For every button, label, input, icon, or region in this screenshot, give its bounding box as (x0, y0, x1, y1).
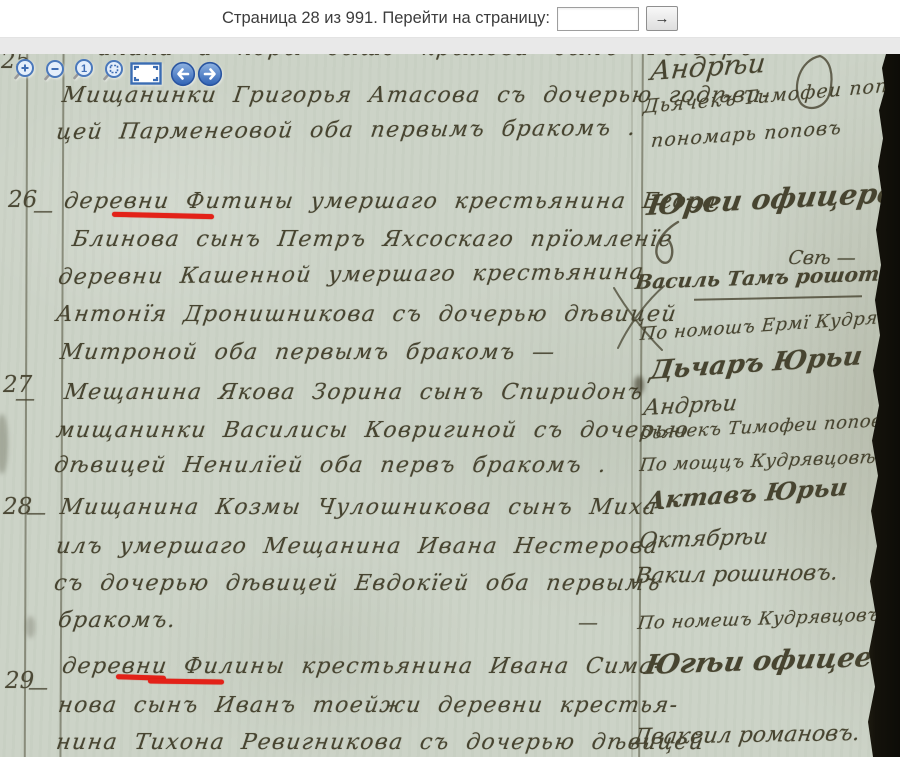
signature-line: Дьчаръ Юрьи (648, 341, 864, 386)
signature-line: Октябрѣи (637, 525, 769, 554)
full-view-icon[interactable] (130, 62, 162, 85)
goto-page-button[interactable]: → (646, 6, 678, 31)
ink-smudge (26, 616, 35, 638)
signature-line: Юреи офицеровъ (645, 174, 900, 222)
manuscript-line: Митроной оба первымъ бракомъ — (58, 340, 557, 365)
pagination-bar: Страница 28 из 991. Перейти на страницу:… (0, 0, 900, 38)
next-page-icon[interactable] (197, 61, 223, 87)
red-underline-filiny (148, 678, 224, 684)
zoom-fit-icon[interactable] (102, 58, 128, 84)
manuscript-line: Блинова сынъ Петръ Яхсоскаго прïомленïе (70, 227, 674, 252)
manuscript-line: деревни Кашенной умершаго крестьянина (57, 260, 646, 290)
signature-line: Андрѣи (649, 54, 767, 87)
manuscript-line: цей Парменеовой оба первымъ бракомъ . (55, 116, 638, 145)
manuscript-line: мищанинки Василисы Ковригиной съ дочерью (54, 418, 691, 443)
margin-line-2 (59, 54, 64, 757)
signature-line: Актавъ Юрьи (644, 472, 850, 515)
zoom-reset-icon[interactable]: 1 (72, 57, 98, 83)
manuscript-line: дѣвицей Ненилïей оба первъ бракомъ . (52, 453, 608, 478)
signature-line: Андрѣи (642, 391, 739, 421)
record-dash: — (15, 386, 35, 410)
manuscript-line: съ дочерью дѣвицей Евдокïей оба первымъ (52, 571, 662, 596)
topbar-gray-strip (0, 38, 900, 54)
manuscript-scan[interactable]: 25 26 — 27 — 28 — 29 — — анина а норы сы… (0, 54, 900, 757)
ink-underline-flourish (694, 295, 862, 301)
signature-line: Двакеил романовъ. (631, 721, 861, 750)
signature-line: Югѣи офицеете (642, 641, 900, 681)
red-underline-fitiny (112, 212, 214, 219)
record-dash: — (33, 198, 53, 222)
manuscript-line: бракомъ. (56, 608, 178, 633)
column-crease (631, 54, 633, 757)
signature-line: пономарь поповъ (650, 117, 843, 152)
manuscript-line: нова сынъ Иванъ тоейжи деревни крестья- (56, 693, 680, 718)
ink-smudge (0, 414, 8, 474)
signature-line: По номошъ Ермï Кудрявцовъ (639, 303, 900, 345)
svg-text:1: 1 (81, 63, 87, 75)
record-dash: — (578, 610, 598, 634)
column-separator-line (638, 54, 643, 757)
zoom-in-icon[interactable] (13, 57, 39, 83)
signature-line: Вакил рошиновъ. (633, 560, 839, 589)
signature-line: По номешъ Кудрявцовъ (636, 605, 881, 634)
ink-flourish-cross (612, 282, 670, 354)
previous-page-icon[interactable] (170, 61, 196, 87)
record-dash: — (28, 675, 48, 699)
manuscript-line: илъ умершаго Мещанина Ивана Нестерова (54, 534, 660, 559)
manuscript-line: Мищанина Козмы Чулошникова сынъ Миха- (58, 495, 668, 520)
manuscript-line: Антонïя Дронишникова съ дочерью дѣвицей (54, 302, 678, 327)
manuscript-line: Мещанина Якова Зорина сынъ Спиридонъ (62, 380, 645, 405)
page-viewer-app: Страница 28 из 991. Перейти на страницу:… (0, 0, 900, 757)
goto-page-input[interactable] (557, 7, 639, 31)
manuscript-line: нина Тихона Ревигникова съ дочерью дѣвиц… (54, 730, 706, 755)
signature-line: По мощцъ Кудрявцовѣ (638, 447, 877, 476)
ink-flourish-oval (786, 54, 844, 116)
manuscript-line: деревни Фитины умершаго крестьянина Егор… (62, 189, 719, 214)
record-dash: — (26, 500, 46, 524)
page-position-label: Страница 28 из 991. Перейти на страницу: (222, 9, 550, 28)
ink-flourish-swash (646, 220, 692, 268)
zoom-out-icon[interactable] (43, 58, 69, 84)
ink-smudge (634, 376, 644, 394)
